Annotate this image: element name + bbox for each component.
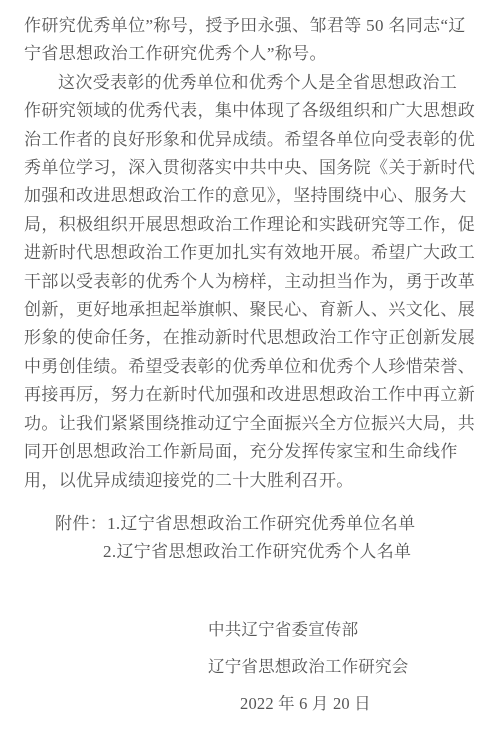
signature-org-1: 中共辽宁省委宣传部 bbox=[208, 611, 475, 648]
body-line: 形象的使命任务，在推动新时代思想政治工作守正创新发展 bbox=[24, 324, 475, 352]
body-line: 宁省思想政治工作研究优秀个人”称号。 bbox=[24, 40, 475, 68]
document-page: 作研究优秀单位”称号，授予田永强、邹君等 50 名同志“辽宁省思想政治工作研究优… bbox=[0, 0, 501, 733]
body-line: 加强和改进思想政治工作的意见》，坚持围绕中心、服务大 bbox=[24, 182, 475, 210]
attachment-item: 2.辽宁省思想政治工作研究优秀个人名单 bbox=[103, 542, 411, 561]
attachment-block: 附件：1.辽宁省思想政治工作研究优秀单位名单 2.辽宁省思想政治工作研究优秀个人… bbox=[24, 510, 475, 567]
attachment-line: 附件：1.辽宁省思想政治工作研究优秀单位名单 bbox=[55, 510, 475, 538]
body-line: 进新时代思想政治工作更加扎实有效地开展。希望广大政工 bbox=[24, 239, 475, 267]
body-line: 秀单位学习，深入贯彻落实中共中央、国务院《关于新时代 bbox=[24, 154, 475, 182]
body-line: 作研究优秀单位”称号，授予田永强、邹君等 50 名同志“辽 bbox=[24, 12, 475, 40]
body-line: 再接再厉，努力在新时代加强和改进思想政治工作中再立新 bbox=[24, 381, 475, 409]
body-line: 局，积极组织开展思想政治工作理论和实践研究等工作，促 bbox=[24, 211, 475, 239]
body-line: 创新，更好地承担起举旗帜、聚民心、育新人、兴文化、展 bbox=[24, 296, 475, 324]
body-line: 功。让我们紧紧围绕推动辽宁全面振兴全方位振兴大局，共 bbox=[24, 410, 475, 438]
attachment-item: 1.辽宁省思想政治工作研究优秀单位名单 bbox=[107, 514, 415, 533]
body-line: 这次受表彰的优秀单位和优秀个人是全省思想政治工 bbox=[24, 69, 475, 97]
body-line: 用，以优异成绩迎接党的二十大胜利召开。 bbox=[24, 467, 475, 495]
body-line: 同开创思想政治工作新局面，充分发挥传家宝和生命线作 bbox=[24, 438, 475, 466]
body-line: 作研究领域的优秀代表，集中体现了各级组织和广大思想政 bbox=[24, 97, 475, 125]
signature-date: 2022 年 6 月 20 日 bbox=[208, 685, 475, 722]
body-line: 治工作者的良好形象和优异成绩。希望各单位向受表彰的优 bbox=[24, 126, 475, 154]
signature-org-2: 辽宁省思想政治工作研究会 bbox=[208, 648, 475, 685]
attachment-line: 2.辽宁省思想政治工作研究优秀个人名单 bbox=[55, 538, 475, 566]
attachment-label: 附件： bbox=[55, 514, 107, 533]
body-line: 中勇创佳绩。希望受表彰的优秀单位和优秀个人珍惜荣誉、 bbox=[24, 353, 475, 381]
body-line: 干部以受表彰的优秀个人为榜样，主动担当作为，勇于改革 bbox=[24, 268, 475, 296]
document-body: 作研究优秀单位”称号，授予田永强、邹君等 50 名同志“辽宁省思想政治工作研究优… bbox=[24, 12, 475, 495]
signature-block: 中共辽宁省委宣传部 辽宁省思想政治工作研究会 2022 年 6 月 20 日 bbox=[208, 611, 475, 722]
